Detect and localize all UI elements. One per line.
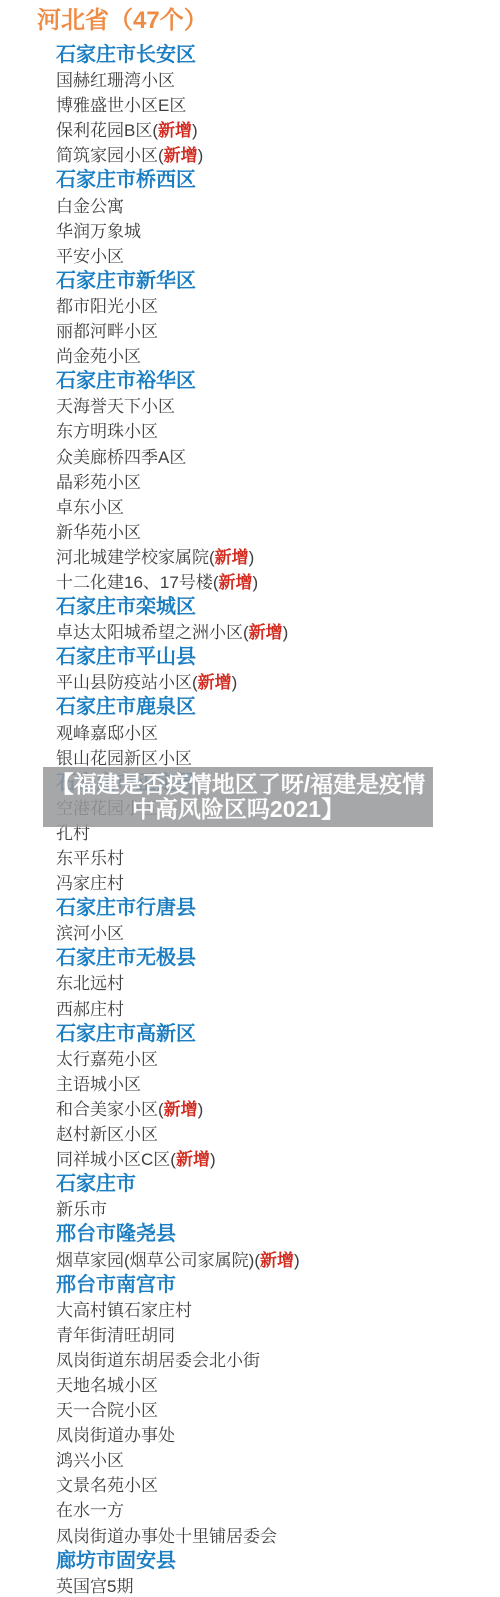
community-item: 东北远村(): [56, 971, 500, 996]
row-text: 平山县防疫站小区: [56, 673, 192, 692]
row-text: 冯家庄村: [56, 874, 124, 893]
row-text: 滨河小区: [56, 924, 124, 943]
row-text: 石家庄市鹿泉区: [56, 696, 196, 718]
province-title: 河北省（47个）: [37, 6, 500, 36]
row-text: 石家庄市平山县: [56, 646, 196, 668]
row-text: 西郝庄村: [56, 1000, 124, 1019]
district-header: 石家庄市裕华区(): [56, 369, 500, 394]
row-text: 保利花园B区: [56, 121, 152, 140]
new-badge: (新增): [254, 1251, 299, 1270]
district-header: 邢台市南宫市(): [56, 1273, 500, 1298]
community-item: 众美廊桥四季A区(): [56, 445, 500, 470]
community-item: 东平乐村(): [56, 846, 500, 871]
district-header: 石家庄市新华区(): [56, 269, 500, 294]
community-item: 保利花园B区(新增): [56, 118, 500, 143]
community-item: 新乐市(): [56, 1197, 500, 1222]
row-text: 文景名苑小区: [56, 1476, 158, 1495]
district-header: 石家庄市平山县(): [56, 645, 500, 670]
community-item: 凤岗街道办事处(): [56, 1423, 500, 1448]
community-item: 白金公寓(): [56, 194, 500, 219]
row-text: 石家庄市新华区: [56, 270, 196, 292]
community-item: 简筑家园小区(新增): [56, 143, 500, 168]
row-text: 银山花园新区小区: [56, 749, 192, 768]
row-text: 鸿兴小区: [56, 1451, 124, 1470]
new-badge: (新增): [158, 146, 203, 165]
new-badge: (新增): [209, 548, 254, 567]
district-header: 廊坊市固安县(): [56, 1549, 500, 1574]
row-text: 华润万象城: [56, 222, 141, 241]
row-text: 英国宫5期: [56, 1577, 133, 1596]
community-item: 滨河小区(): [56, 921, 500, 946]
row-text: 卓达太阳城希望之洲小区: [56, 623, 243, 642]
row-text: 廊坊市固安县: [56, 1550, 176, 1572]
district-header: 石家庄市高新区(): [56, 1022, 500, 1047]
row-text: 十二化建16、17号楼: [56, 573, 213, 592]
community-item: 观峰嘉邸小区(): [56, 721, 500, 746]
row-text: 河北城建学校家属院: [56, 548, 209, 567]
row-text: 太行嘉苑小区: [56, 1050, 158, 1069]
row-text: 凤岗街道办事处十里铺居委会: [56, 1527, 277, 1546]
row-text: 石家庄市: [56, 1173, 136, 1195]
row-text: 东方明珠小区: [56, 422, 158, 441]
community-item: 太行嘉苑小区(): [56, 1047, 500, 1072]
row-text: 主语城小区: [56, 1075, 141, 1094]
row-text: 石家庄市长安区: [56, 44, 196, 66]
community-item: 卓达太阳城希望之洲小区(新增): [56, 620, 500, 645]
community-item: 赵村新区小区(): [56, 1122, 500, 1147]
district-header: 石家庄市栾城区(): [56, 595, 500, 620]
district-header: 邢台市隆尧县(): [56, 1222, 500, 1247]
community-item: 冯家庄村(): [56, 871, 500, 896]
community-item: 烟草家园(烟草公司家属院)(新增): [56, 1248, 500, 1273]
row-text: 国赫红珊湾小区: [56, 71, 175, 90]
row-text: 东北远村: [56, 974, 124, 993]
new-badge: (新增): [152, 121, 197, 140]
row-text: 博雅盛世小区E区: [56, 96, 186, 115]
caption-line-1: 【福建是否疫情地区了呀/福建是疫情: [43, 772, 433, 797]
row-text: 石家庄市栾城区: [56, 596, 196, 618]
caption-line-2: 中高风险区吗2021】: [43, 797, 433, 822]
community-item: 东方明珠小区(): [56, 419, 500, 444]
district-header: 石家庄市无极县(): [56, 946, 500, 971]
community-item: 河北城建学校家属院(新增): [56, 545, 500, 570]
district-header: 石家庄市长安区(): [56, 43, 500, 68]
community-item: 英国宫5期(): [56, 1574, 500, 1597]
community-item: 青年街清旺胡同(): [56, 1323, 500, 1348]
row-text: 尚金苑小区: [56, 347, 141, 366]
community-item: 主语城小区(): [56, 1072, 500, 1097]
community-item: 天地名城小区(): [56, 1373, 500, 1398]
district-header: 石家庄市行唐县(): [56, 896, 500, 921]
row-text: 石家庄市行唐县: [56, 897, 196, 919]
community-item: 在水一方(): [56, 1498, 500, 1523]
row-text: 都市阳光小区: [56, 297, 158, 316]
row-text: 石家庄市桥西区: [56, 169, 196, 191]
community-item: 尚金苑小区(): [56, 344, 500, 369]
row-text: 东平乐村: [56, 849, 124, 868]
row-text: 新乐市: [56, 1200, 107, 1219]
row-text: 在水一方: [56, 1501, 124, 1520]
row-text: 青年街清旺胡同: [56, 1326, 175, 1345]
row-text: 同祥城小区C区: [56, 1150, 170, 1169]
community-item: 天一合院小区(): [56, 1398, 500, 1423]
community-item: 新华苑小区(): [56, 520, 500, 545]
community-item: 十二化建16、17号楼(新增): [56, 570, 500, 595]
community-item: 晶彩苑小区(): [56, 470, 500, 495]
row-text: 观峰嘉邸小区: [56, 724, 158, 743]
article-page: 河北省（47个） 石家庄市长安区() 国赫红珊湾小区() 博雅盛世小区E区() …: [0, 0, 500, 1597]
row-text: 邢台市南宫市: [56, 1274, 176, 1296]
caption-overlay: 【福建是否疫情地区了呀/福建是疫情 中高风险区吗2021】: [43, 767, 433, 827]
district-header: 石家庄市桥西区(): [56, 168, 500, 193]
row-text: 赵村新区小区: [56, 1125, 158, 1144]
row-text: 新华苑小区: [56, 523, 141, 542]
row-text: 白金公寓: [56, 197, 124, 216]
row-text: 和合美家小区: [56, 1100, 158, 1119]
new-badge: (新增): [170, 1150, 215, 1169]
community-item: 和合美家小区(新增): [56, 1097, 500, 1122]
row-text: 丽都河畔小区: [56, 322, 158, 341]
community-item: 天海誉天下小区(): [56, 394, 500, 419]
district-header: 石家庄市(): [56, 1172, 500, 1197]
row-text: 大高村镇石家庄村: [56, 1301, 192, 1320]
row-text: 凤岗街道办事处: [56, 1426, 175, 1445]
row-text: 邢台市隆尧县: [56, 1223, 176, 1245]
new-badge: (新增): [213, 573, 258, 592]
community-item: 同祥城小区C区(新增): [56, 1147, 500, 1172]
community-item: 都市阳光小区(): [56, 294, 500, 319]
community-item: 西郝庄村(): [56, 997, 500, 1022]
community-item: 平安小区(): [56, 244, 500, 269]
row-text: 石家庄市裕华区: [56, 370, 196, 392]
row-text: 凤岗街道东胡居委会北小街: [56, 1351, 260, 1370]
row-text: 平安小区: [56, 247, 124, 266]
new-badge: (新增): [158, 1100, 203, 1119]
community-item: 华润万象城(): [56, 219, 500, 244]
row-text: 天海誉天下小区: [56, 397, 175, 416]
row-text: 卓东小区: [56, 498, 124, 517]
row-text: 简筑家园小区: [56, 146, 158, 165]
community-item: 丽都河畔小区(): [56, 319, 500, 344]
community-item: 国赫红珊湾小区(): [56, 68, 500, 93]
row-text: 石家庄市无极县: [56, 947, 196, 969]
row-text: 天一合院小区: [56, 1401, 158, 1420]
community-item: 鸿兴小区(): [56, 1448, 500, 1473]
community-item: 文景名苑小区(): [56, 1473, 500, 1498]
district-header: 石家庄市鹿泉区(): [56, 695, 500, 720]
community-item: 平山县防疫站小区(新增): [56, 670, 500, 695]
row-text: 石家庄市高新区: [56, 1023, 196, 1045]
community-item: 卓东小区(): [56, 495, 500, 520]
row-text: 烟草家园(烟草公司家属院): [56, 1251, 254, 1270]
community-item: 大高村镇石家庄村(): [56, 1298, 500, 1323]
new-badge: (新增): [243, 623, 288, 642]
row-text: 众美廊桥四季A区: [56, 448, 186, 467]
community-item: 凤岗街道东胡居委会北小街(): [56, 1348, 500, 1373]
row-text: 晶彩苑小区: [56, 473, 141, 492]
community-item: 凤岗街道办事处十里铺居委会(): [56, 1524, 500, 1549]
row-text: 天地名城小区: [56, 1376, 158, 1395]
community-item: 博雅盛世小区E区(): [56, 93, 500, 118]
new-badge: (新增): [192, 673, 237, 692]
